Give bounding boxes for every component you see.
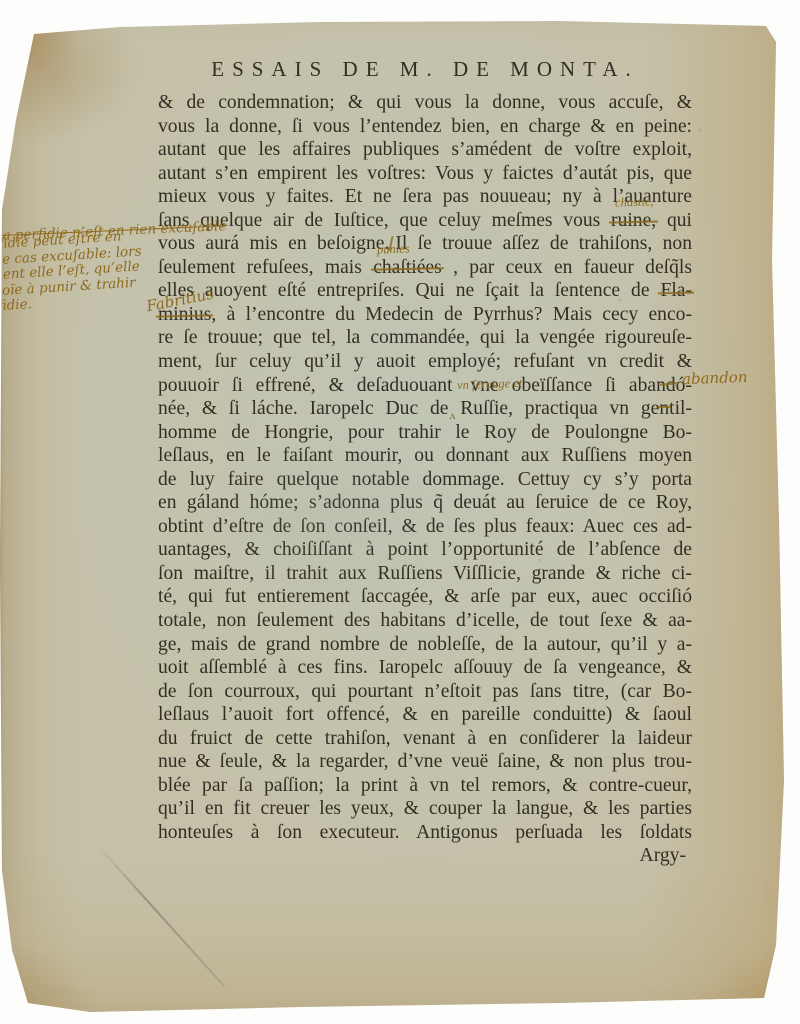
printed-text: homme de Hongrie, pour trahir le Roy de … (158, 422, 692, 443)
printed-text-line: uantages, & choiſiſſant à point l’opport… (158, 538, 692, 562)
corrected-word: chaſtiéespunies (373, 256, 442, 280)
printed-text: leſlaus l’auoit fort offencé, & en parei… (158, 704, 692, 725)
printed-text: ſon maiſtre, il trahit aux Ruſſiens Viſſ… (158, 563, 692, 584)
printed-text-line: té, qui fut entierement ſaccagée, & arſe… (158, 585, 692, 609)
printed-text-line: honteuſes à ſon executeur. Antigonus per… (158, 821, 692, 845)
printed-text-line: obtint d’eſtre de ſon conſeil, & de ſes … (158, 515, 692, 539)
struck-word: ruine, (611, 209, 656, 233)
printed-text: honteuſes à ſon executeur. Antigonus per… (158, 822, 692, 843)
printed-text-line: homme de Hongrie, pour trahir le Roy de … (158, 421, 692, 445)
printed-text-line: leſlaus l’auoit fort offencé, & en parei… (158, 703, 692, 727)
printed-text-line: pouuoir ſi effrené, & deſaduouantvn ſeru… (158, 374, 692, 398)
printed-text: autant s’en empirent les voſtres: Vous y… (158, 163, 692, 184)
struck-word: chaſtiées (373, 256, 442, 280)
printed-text-line: qu’il en fit creuer les yeux, & couper l… (158, 797, 692, 821)
printed-text: obtint d’eſtre de ſon conſeil, & de ſes … (158, 516, 692, 537)
photograph-of-book-page: ESSAIS DE M. DE MONTA. & de condemnation… (0, 0, 800, 1024)
printed-text: totale, non ſeulement des habitans d’ice… (158, 610, 692, 631)
printed-text: leſlaus, en le faiſant mourir, ou donnan… (158, 445, 692, 466)
printed-text-line: & de condemnation; & qui vous la donne, … (158, 91, 692, 115)
printed-text-line: mieux vous y faites. Et ne ſera pas nouu… (158, 185, 692, 209)
printed-text: née, & ſi láche. Iaropelc Duc de Ruſſie,… (158, 398, 692, 419)
printed-text: en gáland hóme; s’adonna plus q̃ deuát a… (158, 492, 692, 513)
printed-text-line: vous aurá mis en beſoigne.Il ſe trouue a… (158, 232, 692, 256)
printed-text: de luy faire quelque notable dommage. Ce… (158, 469, 692, 490)
printed-text-line: née, & ſi láche. Iaropelc Duc de Ruſſie,… (158, 397, 692, 421)
printed-text-line: ge, mais de grand nombre de nobleſſe, de… (158, 633, 692, 657)
corrected-word: ruine,chastie, (611, 209, 656, 233)
text-block: & de condemnation; & qui vous la donne, … (158, 91, 692, 869)
printed-text-line: leſlaus, en le faiſant mourir, ou donnan… (158, 444, 692, 468)
printed-text-line: autant s’en empirent les voſtres: Vous y… (158, 162, 692, 186)
printed-text-line: ſon maiſtre, il trahit aux Ruſſiens Viſſ… (158, 562, 692, 586)
printed-text-line: vous la donne, ſi vous l’entendez bien, … (158, 115, 692, 139)
printed-text: qu’il en fit creuer les yeux, & couper l… (158, 798, 692, 819)
printed-text-line: autant que les affaires publiques s’améd… (158, 138, 692, 162)
margin-correction-abandon: abandon (682, 368, 748, 388)
printed-text: autant que les affaires publiques s’améd… (158, 139, 692, 160)
caret-mark: ʌ (450, 404, 456, 428)
printed-text: blée par ſa paſſion; la print à vn tel r… (158, 775, 692, 796)
printed-text-line: elles auoyent eſté entrepriſes. Qui ne ſ… (158, 279, 692, 303)
printed-text-line: minius, à l’encontre du Medecin de Pyrrh… (158, 303, 692, 327)
printed-text-line: ment, ſur celuy qu’il y auoit employé; r… (158, 350, 692, 374)
interlinear-replacement: chastie, (615, 195, 654, 208)
printed-text-line: re ſe trouue; que tel, la commandée, qui… (158, 326, 692, 350)
printed-text: uantages, & choiſiſſant à point l’opport… (158, 539, 692, 560)
struck-word: Fla- (660, 279, 692, 303)
printed-text: mieux vous y faites. Et ne ſera pas nouu… (158, 186, 692, 207)
printed-text: qui (656, 210, 692, 231)
printed-text-line: de ſon courroux, qui pourtant n’eſtoit p… (158, 680, 692, 704)
catchword: Argy- (158, 845, 692, 869)
printed-text-line: du fruict de cette trahiſon, venant à en… (158, 727, 692, 751)
printed-text-line: totale, non ſeulement des habitans d’ice… (158, 609, 692, 633)
printed-text-line: blée par ſa paſſion; la print à vn tel r… (158, 774, 692, 798)
printed-text: ment, ſur celuy qu’il y auoit employé; r… (158, 351, 692, 372)
printed-text: té, qui fut entierement ſaccagée, & arſe… (158, 586, 692, 607)
printed-text: ſeulement refuſees, mais (158, 257, 373, 278)
printed-text-line: en gáland hóme; s’adonna plus q̃ deuát a… (158, 491, 692, 515)
interlinear-replacement: punies (377, 242, 410, 255)
printed-text-line: de luy faire quelque notable dommage. Ce… (158, 468, 692, 492)
printed-text: de ſon courroux, qui pourtant n’eſtoit p… (158, 681, 692, 702)
printed-text: & de condemnation; & qui vous la donne, … (158, 92, 692, 113)
margin-dash-mark (658, 406, 671, 408)
printed-text: nue & ſeule, & la regarder, d’vne veuë ſ… (158, 751, 692, 772)
printed-text-line: nue & ſeule, & la regarder, d’vne veuë ſ… (158, 750, 692, 774)
printed-text: Il ſe trouue aſſez de trahiſons, non (395, 233, 692, 254)
running-header: ESSAIS DE M. DE MONTA. (158, 57, 692, 82)
printed-text: ge, mais de grand nombre de nobleſſe, de… (158, 634, 692, 655)
book-page: ESSAIS DE M. DE MONTA. & de condemnation… (0, 0, 800, 1024)
printed-text: uoit aſſemblé à ces fins. Iaropelc aſſou… (158, 657, 692, 678)
printed-text: , à l’encontre du Medecin de Pyrrhus? Ma… (211, 304, 692, 325)
printed-text: pouuoir ſi effrené, & deſaduouant (158, 375, 453, 396)
printed-text: re ſe trouue; que tel, la commandée, qui… (158, 327, 692, 348)
printed-text: elles auoyent eſté entrepriſes. Qui ne ſ… (158, 280, 660, 301)
printed-text: vous aurá mis en beſoigne. (158, 233, 389, 254)
printed-text: du fruict de cette trahiſon, venant à en… (158, 728, 692, 749)
printed-text: , par ceux en faueur deſq̃ls (442, 257, 692, 278)
printed-text-line: uoit aſſemblé à ces fins. Iaropelc aſſou… (158, 656, 692, 680)
printed-text-line: ſeulement refuſees, mais chaſtiéespunies… (158, 256, 692, 280)
interlinear-addition: vn ſeruage et (456, 376, 522, 390)
printed-text: vous la donne, ſi vous l’entendez bien, … (158, 116, 692, 137)
